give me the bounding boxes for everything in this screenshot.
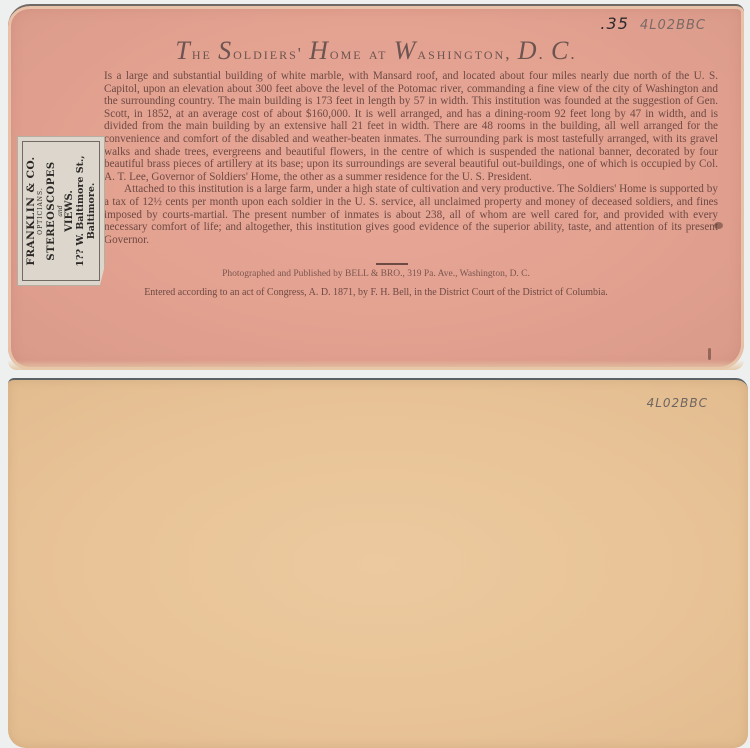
dealer-subtitle: OPTICIANS. <box>37 187 44 235</box>
dealer-label: FRANKLIN & CO. OPTICIANS. STEREOSCOPES a… <box>17 136 105 286</box>
handwritten-catalog-number-bottom: 4L02BBC <box>647 396 708 410</box>
dealer-label-text: FRANKLIN & CO. OPTICIANS. STEREOSCOPES a… <box>21 141 101 281</box>
title-word: C. <box>551 44 577 63</box>
paragraph-1: Is a large and substantial building of w… <box>104 70 718 183</box>
card-title: The Soldiers' Home at Washington, D. C. <box>8 36 744 66</box>
handwritten-annotation-top: .35 4L02BBC <box>600 14 706 33</box>
divider-rule <box>376 263 408 265</box>
handwritten-price: .35 <box>600 14 628 33</box>
handwritten-catalog-number: 4L02BBC <box>640 18 706 33</box>
dealer-address: 1?? W. Baltimore St., <box>75 155 86 266</box>
dealer-product: STEREOSCOPES <box>46 161 57 260</box>
publisher-line: Photographed and Published by BELL & BRO… <box>8 269 744 279</box>
title-word: Soldiers' <box>218 44 303 63</box>
title-word: at <box>369 44 388 63</box>
dealer-views: VIEWS. <box>64 190 75 232</box>
stain-mark <box>714 222 723 229</box>
title-word: The <box>175 44 211 63</box>
title-word: D. <box>518 44 545 63</box>
dealer-name: FRANKLIN & CO. <box>25 156 37 265</box>
dealer-city: Baltimore. <box>86 183 97 240</box>
scan-sheet: .35 4L02BBC The Soldiers' Home at Washin… <box>0 0 750 748</box>
title-word: Home <box>309 44 362 63</box>
title-word: Washington, <box>394 44 512 63</box>
stereoview-card-blank-back: 4L02BBC <box>8 378 748 748</box>
paragraph-2: Attached to this institution is a large … <box>104 183 718 246</box>
dealer-and: and <box>57 205 64 216</box>
stain-mark <box>708 348 711 360</box>
copyright-line: Entered according to an act of Congress,… <box>8 287 744 298</box>
stereoview-card-printed-back: .35 4L02BBC The Soldiers' Home at Washin… <box>8 4 744 370</box>
description-text: Is a large and substantial building of w… <box>104 70 718 246</box>
